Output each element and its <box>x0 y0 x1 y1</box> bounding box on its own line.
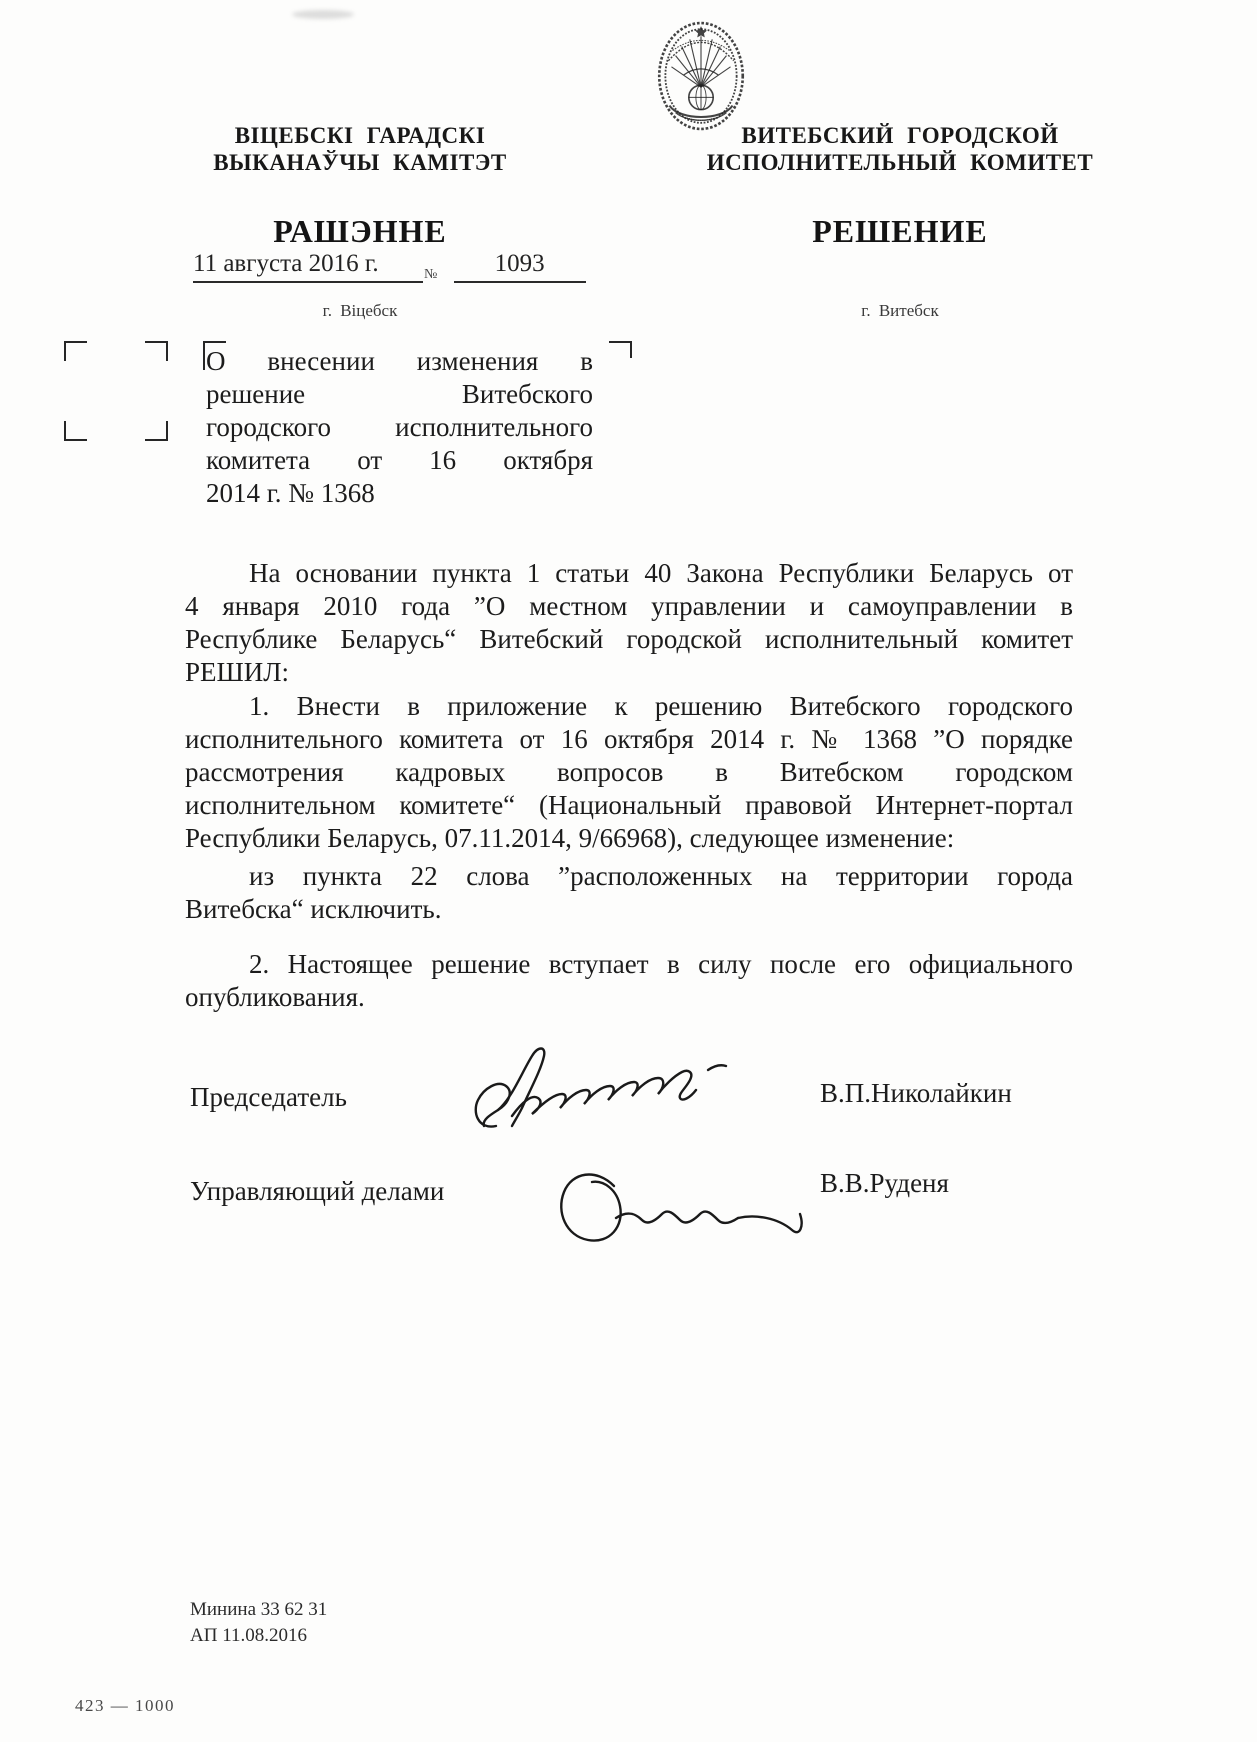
org-name-russian: ВИТЕБСКИЙ ГОРОДСКОЙ ИСПОЛНИТЕЛЬНЫЙ КОМИТ… <box>700 122 1100 176</box>
body-line: 1. Внести в приложение к решению Витебск… <box>185 690 1073 723</box>
subject-line: О внесении изменения в <box>206 345 593 378</box>
crop-mark-left-bottom-right <box>145 421 168 441</box>
subject-line: решение Витебского <box>206 378 593 411</box>
doc-type-belarusian: РАШЭННЕ <box>200 213 520 250</box>
body-line: 2. Настоящее решение вступает в силу пос… <box>185 948 1073 981</box>
crop-mark-left-bottom-left <box>64 421 87 441</box>
print-run-code: 423 — 1000 <box>75 1696 175 1716</box>
org-name-ru-line2: ИСПОЛНИТЕЛЬНЫЙ КОМИТЕТ <box>700 149 1100 176</box>
doc-type-russian: РЕШЕНИЕ <box>700 213 1100 250</box>
signature-title-chairman: Председатель <box>190 1082 347 1113</box>
scan-smudge-artifact <box>292 10 354 19</box>
executor-contact: Минина 33 62 31 <box>190 1597 327 1623</box>
subject-line: комитета от 16 октября <box>206 444 593 477</box>
place-belarusian: г. Віцебск <box>200 301 520 321</box>
body-line: РЕШИЛ: <box>185 656 1073 689</box>
signature-title-manager: Управляющий делами <box>190 1176 444 1207</box>
paragraph-preamble: На основании пункта 1 статьи 40 Закона Р… <box>185 557 1073 689</box>
belarus-coat-of-arms-icon <box>655 20 747 132</box>
body-line: На основании пункта 1 статьи 40 Закона Р… <box>185 557 1073 590</box>
document-date: 11 августа 2016 г. <box>193 250 423 283</box>
subject-line: городского исполнительного <box>206 411 593 444</box>
place-russian: г. Витебск <box>700 301 1100 321</box>
executor-ref: АП 11.08.2016 <box>190 1623 327 1649</box>
paragraph-amendment: из пункта 22 слова ”расположенных на тер… <box>185 860 1073 926</box>
body-line: опубликования. <box>185 981 1073 1014</box>
signature-chairman-handwriting <box>468 1038 740 1134</box>
body-line: Витебска“ исключить. <box>185 893 1073 926</box>
subject-block: О внесении изменения в решение Витебског… <box>206 345 593 510</box>
number-sign: № <box>424 267 437 282</box>
signature-name-chairman: В.П.Николайкин <box>820 1078 1012 1109</box>
scanned-decision-document: ВІЦЕБСКІ ГАРАДСКІ ВЫКАНАЎЧЫ КАМІТЭТ ВИТЕ… <box>0 0 1257 1742</box>
body-line: из пункта 22 слова ”расположенных на тер… <box>185 860 1073 893</box>
body-line: исполнительного комитета от 16 октября 2… <box>185 723 1073 756</box>
org-name-ru-line1: ВИТЕБСКИЙ ГОРОДСКОЙ <box>700 122 1100 149</box>
paragraph-item-1: 1. Внести в приложение к решению Витебск… <box>185 690 1073 855</box>
body-line: Республике Беларусь“ Витебский городской… <box>185 623 1073 656</box>
document-number: 1093 <box>454 250 586 283</box>
crop-mark-left-top-left <box>64 341 87 361</box>
subject-line: 2014 г. № 1368 <box>206 477 593 510</box>
crop-mark-subject-top-right <box>609 341 632 358</box>
footer-executor-block: Минина 33 62 31 АП 11.08.2016 <box>190 1597 327 1649</box>
body-line: 4 января 2010 года ”О местном управлении… <box>185 590 1073 623</box>
body-line: исполнительном комитете“ (Национальный п… <box>185 789 1073 822</box>
signature-manager-handwriting <box>556 1158 808 1258</box>
date-number-line: 11 августа 2016 г.№ 1093 <box>193 250 586 283</box>
org-name-belarusian: ВІЦЕБСКІ ГАРАДСКІ ВЫКАНАЎЧЫ КАМІТЭТ <box>200 122 520 176</box>
signature-name-manager: В.В.Руденя <box>820 1168 949 1199</box>
body-line: Республики Беларусь, 07.11.2014, 9/66968… <box>185 822 1073 855</box>
org-name-by-line1: ВІЦЕБСКІ ГАРАДСКІ <box>200 122 520 149</box>
crop-mark-left-top-right <box>145 341 168 361</box>
paragraph-item-2: 2. Настоящее решение вступает в силу пос… <box>185 948 1073 1014</box>
body-line: рассмотрения кадровых вопросов в Витебск… <box>185 756 1073 789</box>
emblem-star <box>695 26 707 37</box>
org-name-by-line2: ВЫКАНАЎЧЫ КАМІТЭТ <box>200 149 520 176</box>
